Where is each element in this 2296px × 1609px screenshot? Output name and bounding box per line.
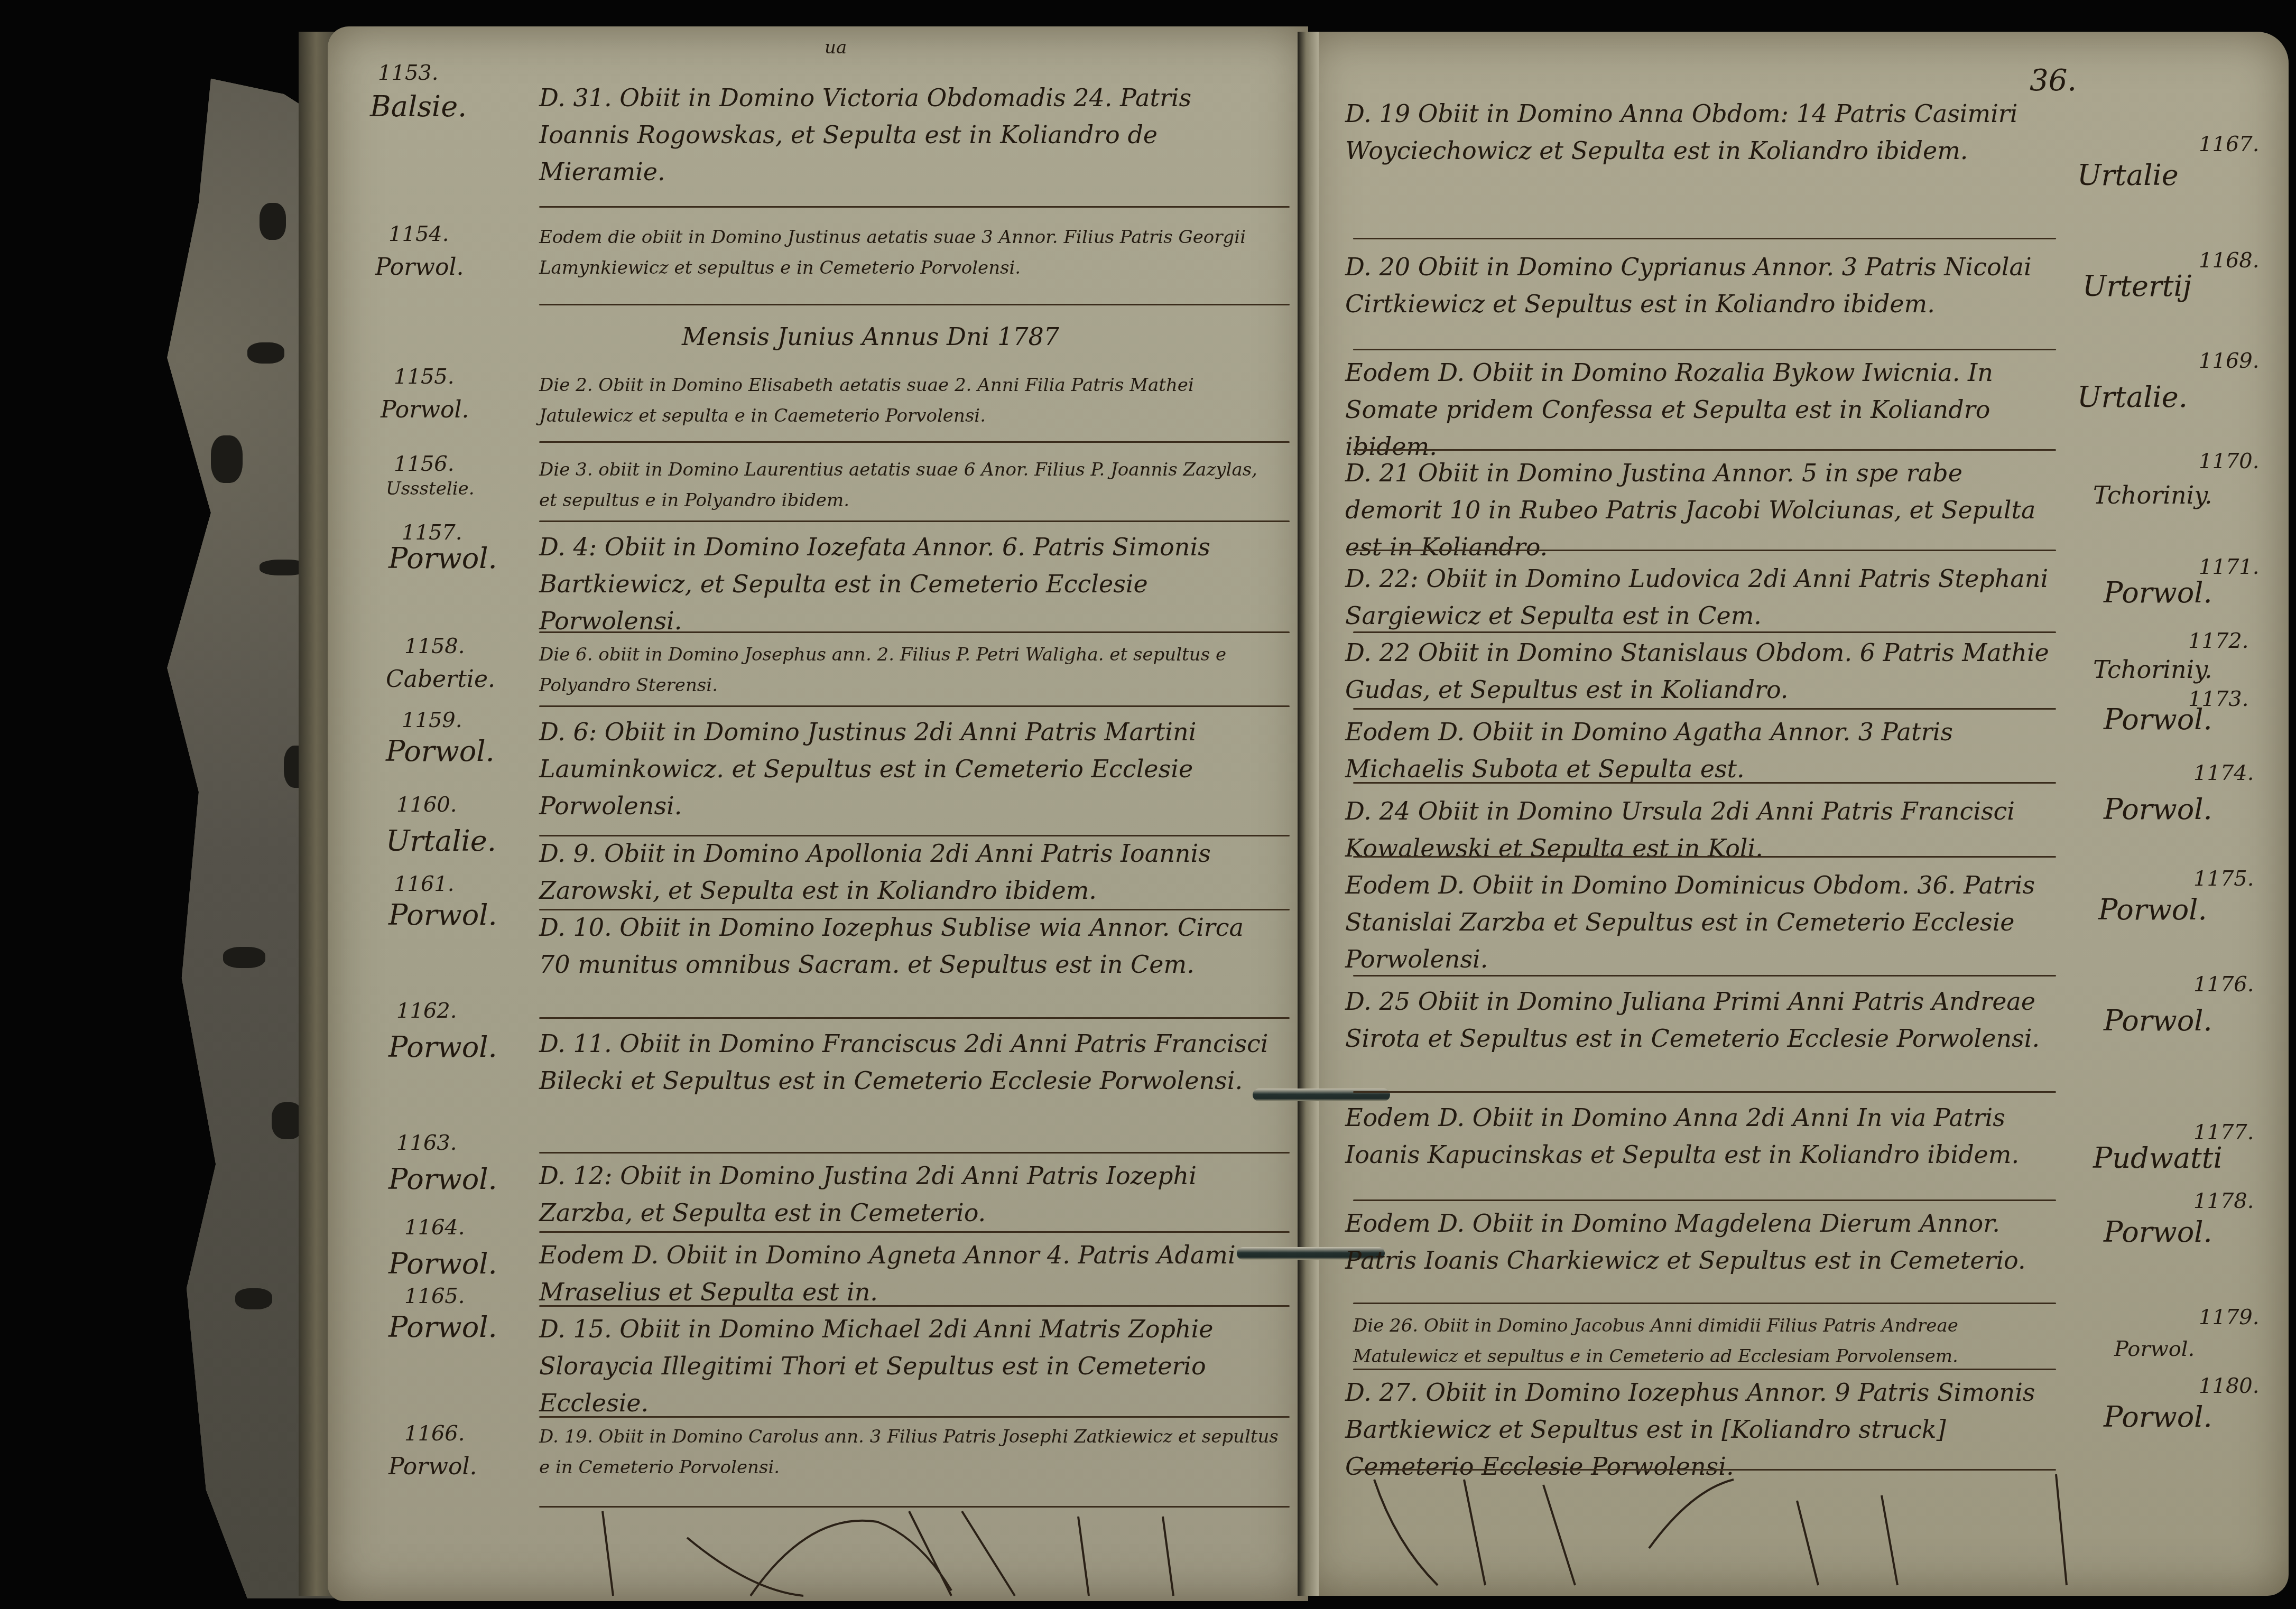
entry-number: 1179. bbox=[2199, 1305, 2260, 1329]
register-entry: Eodem D. Obiit in Domino Dominicus Obdom… bbox=[1345, 867, 2053, 978]
entry-divider bbox=[1353, 1199, 2056, 1201]
register-entry: D. 31. Obiit in Domino Victoria Obdomadi… bbox=[539, 79, 1279, 190]
entry-number: 1178. bbox=[2193, 1189, 2254, 1213]
entry-divider bbox=[1353, 1091, 2056, 1093]
village-name: Porwol. bbox=[386, 734, 495, 768]
month-heading: Mensis Junius Annus Dni 1787 bbox=[682, 322, 1059, 351]
register-entry: Eodem die obiit in Domino Justinus aetat… bbox=[539, 222, 1279, 283]
entry-number: 1167. bbox=[2199, 132, 2260, 156]
entry-divider bbox=[539, 631, 1290, 633]
entry-number: 1166. bbox=[404, 1421, 465, 1446]
village-name: Porwol. bbox=[388, 1162, 497, 1196]
cancellation-strokes bbox=[581, 1506, 1269, 1601]
register-entry: Eodem D. Obiit in Domino Anna 2di Anni I… bbox=[1345, 1099, 2053, 1173]
register-entry: Eodem D. Obiit in Domino Rozalia Bykow I… bbox=[1345, 354, 2053, 465]
village-name: Urtalie. bbox=[386, 824, 496, 858]
entry-number: 1176. bbox=[2193, 972, 2254, 997]
register-entry: D. 10. Obiit in Domino Iozephus Sublise … bbox=[539, 909, 1279, 983]
register-entry: Die 2. Obiit in Domino Elisabeth aetatis… bbox=[539, 370, 1279, 431]
village-name: Balsie. bbox=[370, 90, 467, 123]
entry-number: 1159. bbox=[402, 708, 462, 732]
entry-number: 1165. bbox=[404, 1284, 465, 1308]
village-name: Tchoriniy. bbox=[2093, 481, 2212, 509]
register-entry: Die 26. Obiit in Domino Jacobus Anni dim… bbox=[1353, 1310, 2061, 1372]
village-name: Porwol. bbox=[2104, 793, 2212, 826]
register-entry: D. 11. Obiit in Domino Franciscus 2di An… bbox=[539, 1025, 1279, 1099]
register-entry: D. 19. Obiit in Domino Carolus ann. 3 Fi… bbox=[539, 1421, 1279, 1483]
entry-divider bbox=[1353, 856, 2056, 858]
register-entry: D. 4: Obiit in Domino Iozefata Annor. 6.… bbox=[539, 528, 1279, 639]
entry-number: 1162. bbox=[396, 999, 457, 1023]
village-name: Porwol. bbox=[2104, 1400, 2212, 1434]
entry-divider bbox=[1353, 1369, 2056, 1370]
entry-number: 1156. bbox=[394, 452, 455, 476]
entry-divider bbox=[1353, 1303, 2056, 1304]
village-name: Porwol. bbox=[2104, 576, 2212, 609]
entry-divider bbox=[1353, 975, 2056, 976]
register-entry: D. 27. Obiit in Domino Iozephus Annor. 9… bbox=[1345, 1374, 2053, 1485]
gutter bbox=[1298, 32, 1319, 1596]
register-entry: Eodem D. Obiit in Domino Agneta Annor 4.… bbox=[539, 1236, 1279, 1310]
entry-number: 1175. bbox=[2193, 867, 2254, 891]
village-name: Porwol. bbox=[388, 898, 497, 932]
register-entry: D. 22 Obiit in Domino Stanislaus Obdom. … bbox=[1345, 634, 2053, 708]
entry-number: 1168. bbox=[2199, 248, 2260, 273]
register-entry: Eodem D. Obiit in Domino Magdelena Dieru… bbox=[1345, 1205, 2053, 1279]
entry-number: 1160. bbox=[396, 793, 457, 817]
village-name: Porwol. bbox=[375, 254, 464, 281]
entry-divider bbox=[539, 1152, 1290, 1154]
register-entry: Die 3. obiit in Domino Laurentius aetati… bbox=[539, 454, 1279, 516]
village-name: Urtertij bbox=[2082, 269, 2192, 303]
entry-divider bbox=[1353, 708, 2056, 710]
register-entry: Eodem D. Obiit in Domino Agatha Annor. 3… bbox=[1345, 713, 2053, 787]
entry-divider bbox=[1353, 449, 2056, 451]
register-entry: D. 15. Obiit in Domino Michael 2di Anni … bbox=[539, 1310, 1279, 1421]
village-name: Porwol. bbox=[2114, 1337, 2195, 1361]
entry-divider bbox=[539, 304, 1290, 305]
register-entry: D. 22: Obiit in Domino Ludovica 2di Anni… bbox=[1345, 560, 2053, 634]
entry-number: 1153. bbox=[378, 61, 439, 85]
village-name: Tchoriniy. bbox=[2093, 655, 2212, 684]
entry-number: 1180. bbox=[2199, 1374, 2260, 1398]
village-name: Ussstelie. bbox=[386, 478, 474, 499]
entry-number: 1154. bbox=[388, 222, 449, 246]
entry-number: 1164. bbox=[404, 1215, 465, 1240]
entry-divider bbox=[1353, 631, 2056, 633]
cancellation-strokes bbox=[1353, 1469, 2093, 1591]
entry-divider bbox=[539, 705, 1290, 707]
register-entry: D. 25 Obiit in Domino Juliana Primi Anni… bbox=[1345, 983, 2053, 1057]
entry-divider bbox=[1353, 782, 2056, 784]
entry-divider bbox=[539, 1017, 1290, 1019]
entry-divider bbox=[1353, 238, 2056, 239]
entry-number: 1158. bbox=[404, 634, 465, 658]
village-name: Porwol. bbox=[2104, 1215, 2212, 1249]
village-name: Porwol. bbox=[388, 542, 497, 575]
register-entry: D. 6: Obiit in Domino Justinus 2di Anni … bbox=[539, 713, 1279, 824]
entry-divider bbox=[1353, 550, 2056, 551]
page-number: 36. bbox=[2030, 63, 2077, 98]
entry-number: 1161. bbox=[394, 872, 455, 896]
village-name: Porwol. bbox=[388, 1310, 497, 1344]
entry-divider bbox=[539, 1305, 1290, 1307]
entry-divider bbox=[539, 1416, 1290, 1418]
register-entry: D. 21 Obiit in Domino Justina Annor. 5 i… bbox=[1345, 454, 2053, 565]
village-name: Porwol. bbox=[2098, 893, 2207, 926]
entry-number: 1174. bbox=[2193, 761, 2254, 785]
entry-divider bbox=[539, 206, 1290, 208]
entry-number: 1163. bbox=[396, 1131, 457, 1155]
village-name: Urtalie bbox=[2077, 159, 2179, 192]
register-entry: D. 20 Obiit in Domino Cyprianus Annor. 3… bbox=[1345, 248, 2053, 322]
entry-divider bbox=[539, 520, 1290, 522]
entry-number: 1170. bbox=[2199, 449, 2260, 473]
village-name: Pudwatti bbox=[2093, 1141, 2223, 1175]
entry-number: 1155. bbox=[394, 365, 455, 389]
village-name: Porwol. bbox=[388, 1247, 497, 1280]
village-name: Urtalie. bbox=[2077, 380, 2188, 414]
village-name: Porwol. bbox=[2104, 703, 2212, 736]
entry-divider bbox=[1353, 349, 2056, 350]
register-entry: Die 6. obiit in Domino Josephus ann. 2. … bbox=[539, 639, 1279, 701]
entry-number: 1172. bbox=[2188, 629, 2249, 653]
entry-number: 1169. bbox=[2199, 349, 2260, 373]
register-entry: D. 24 Obiit in Domino Ursula 2di Anni Pa… bbox=[1345, 793, 2053, 867]
top-mark: ua bbox=[825, 37, 847, 58]
register-entry: D. 12: Obiit in Domino Justina 2di Anni … bbox=[539, 1157, 1279, 1231]
village-name: Porwol. bbox=[381, 396, 469, 423]
entry-divider bbox=[539, 1231, 1290, 1233]
village-name: Porwol. bbox=[2104, 1004, 2212, 1037]
register-entry: D. 9. Obiit in Domino Apollonia 2di Anni… bbox=[539, 835, 1279, 909]
entry-divider bbox=[539, 441, 1290, 443]
register-entry: D. 19 Obiit in Domino Anna Obdom: 14 Pat… bbox=[1345, 95, 2053, 169]
village-name: Porwol. bbox=[388, 1453, 477, 1480]
village-name: Porwol. bbox=[388, 1030, 497, 1064]
village-name: Cabertie. bbox=[386, 666, 495, 693]
